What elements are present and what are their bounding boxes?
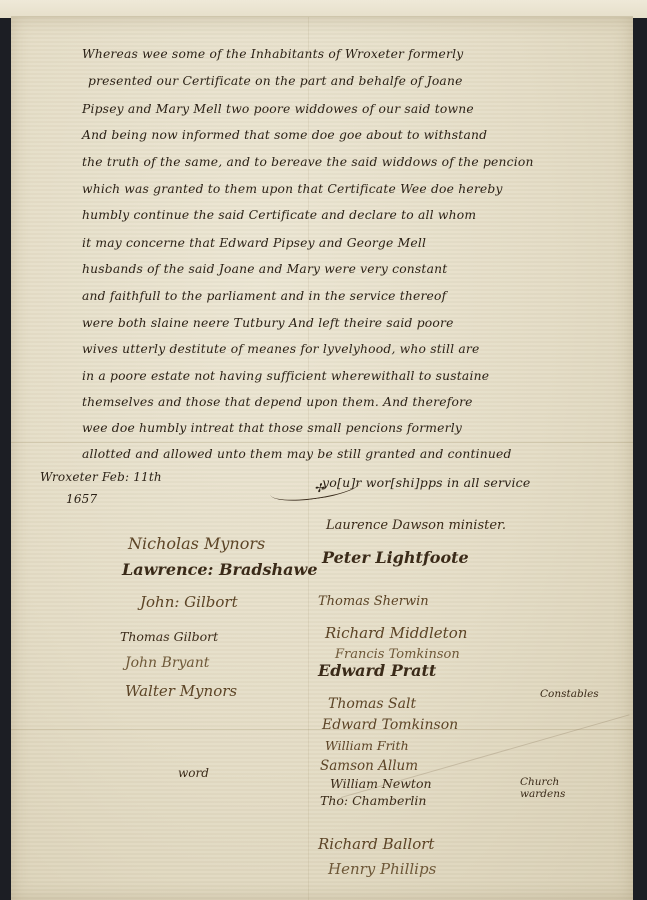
signature: Edward Pratt [318, 661, 436, 680]
body-line: which was granted to them upon that Cert… [82, 182, 627, 196]
signature: John: Gilbort [140, 593, 238, 611]
date-year: 1657 [66, 492, 97, 506]
churchwardens-annotation: Church wardens [520, 776, 600, 800]
signature: William Newton [330, 776, 432, 791]
signature: Walter Mynors [125, 682, 237, 700]
signature: Nicholas Mynors [128, 534, 265, 553]
body-line: were both slaine neere Tutbury And left … [82, 316, 627, 330]
signature: Samson Allum [320, 758, 418, 774]
body-line: Pipsey and Mary Mell two poore widdowes … [82, 102, 627, 116]
body-line: presented our Certificate on the part an… [88, 74, 633, 88]
signature: Peter Lightfoote [322, 548, 469, 567]
signature: Lawrence: Bradshawe [122, 560, 318, 579]
signature: Edward Tomkinson [322, 717, 458, 733]
body-line: the truth of the same, and to bereave th… [82, 155, 627, 169]
constables-annotation: Constables [540, 688, 599, 700]
signature: William Frith [325, 738, 409, 753]
body-line: husbands of the said Joane and Mary were… [82, 262, 627, 276]
body-line: wives utterly destitute of meanes for ly… [82, 342, 627, 356]
signature: Richard Ballort [318, 835, 434, 853]
cross-mark-icon: ✢ [314, 481, 324, 495]
signature: John Bryant [125, 655, 209, 671]
signature: Tho: Chamberlin [320, 793, 426, 808]
body-line: allotted and allowed unto them may be st… [82, 447, 627, 461]
body-line: Whereas wee some of the Inhabitants of W… [82, 47, 627, 61]
body-line: humbly continue the said Certificate and… [82, 208, 627, 222]
body-line: in a poore estate not having sufficient … [82, 369, 627, 383]
signature: Thomas Gilbort [120, 629, 218, 644]
body-line: wee doe humbly intreat that those small … [82, 421, 627, 435]
signature: Henry Phillips [328, 860, 436, 878]
body-line: themselves and those that depend upon th… [82, 395, 627, 409]
signature: Richard Middleton [325, 624, 467, 642]
margin-mark: word [178, 766, 209, 780]
signature: Laurence Dawson minister. [326, 518, 506, 533]
body-line: it may concerne that Edward Pipsey and G… [82, 236, 627, 250]
place-date: Wroxeter Feb: 11th [40, 470, 162, 484]
fold-line [11, 442, 633, 443]
signature: Thomas Sherwin [318, 594, 429, 609]
signature: Francis Tomkinson [335, 647, 460, 662]
body-line: And being now informed that some doe goe… [82, 128, 627, 142]
signature: Thomas Salt [328, 696, 416, 712]
body-line: and faithfull to the parliament and in t… [82, 289, 627, 303]
